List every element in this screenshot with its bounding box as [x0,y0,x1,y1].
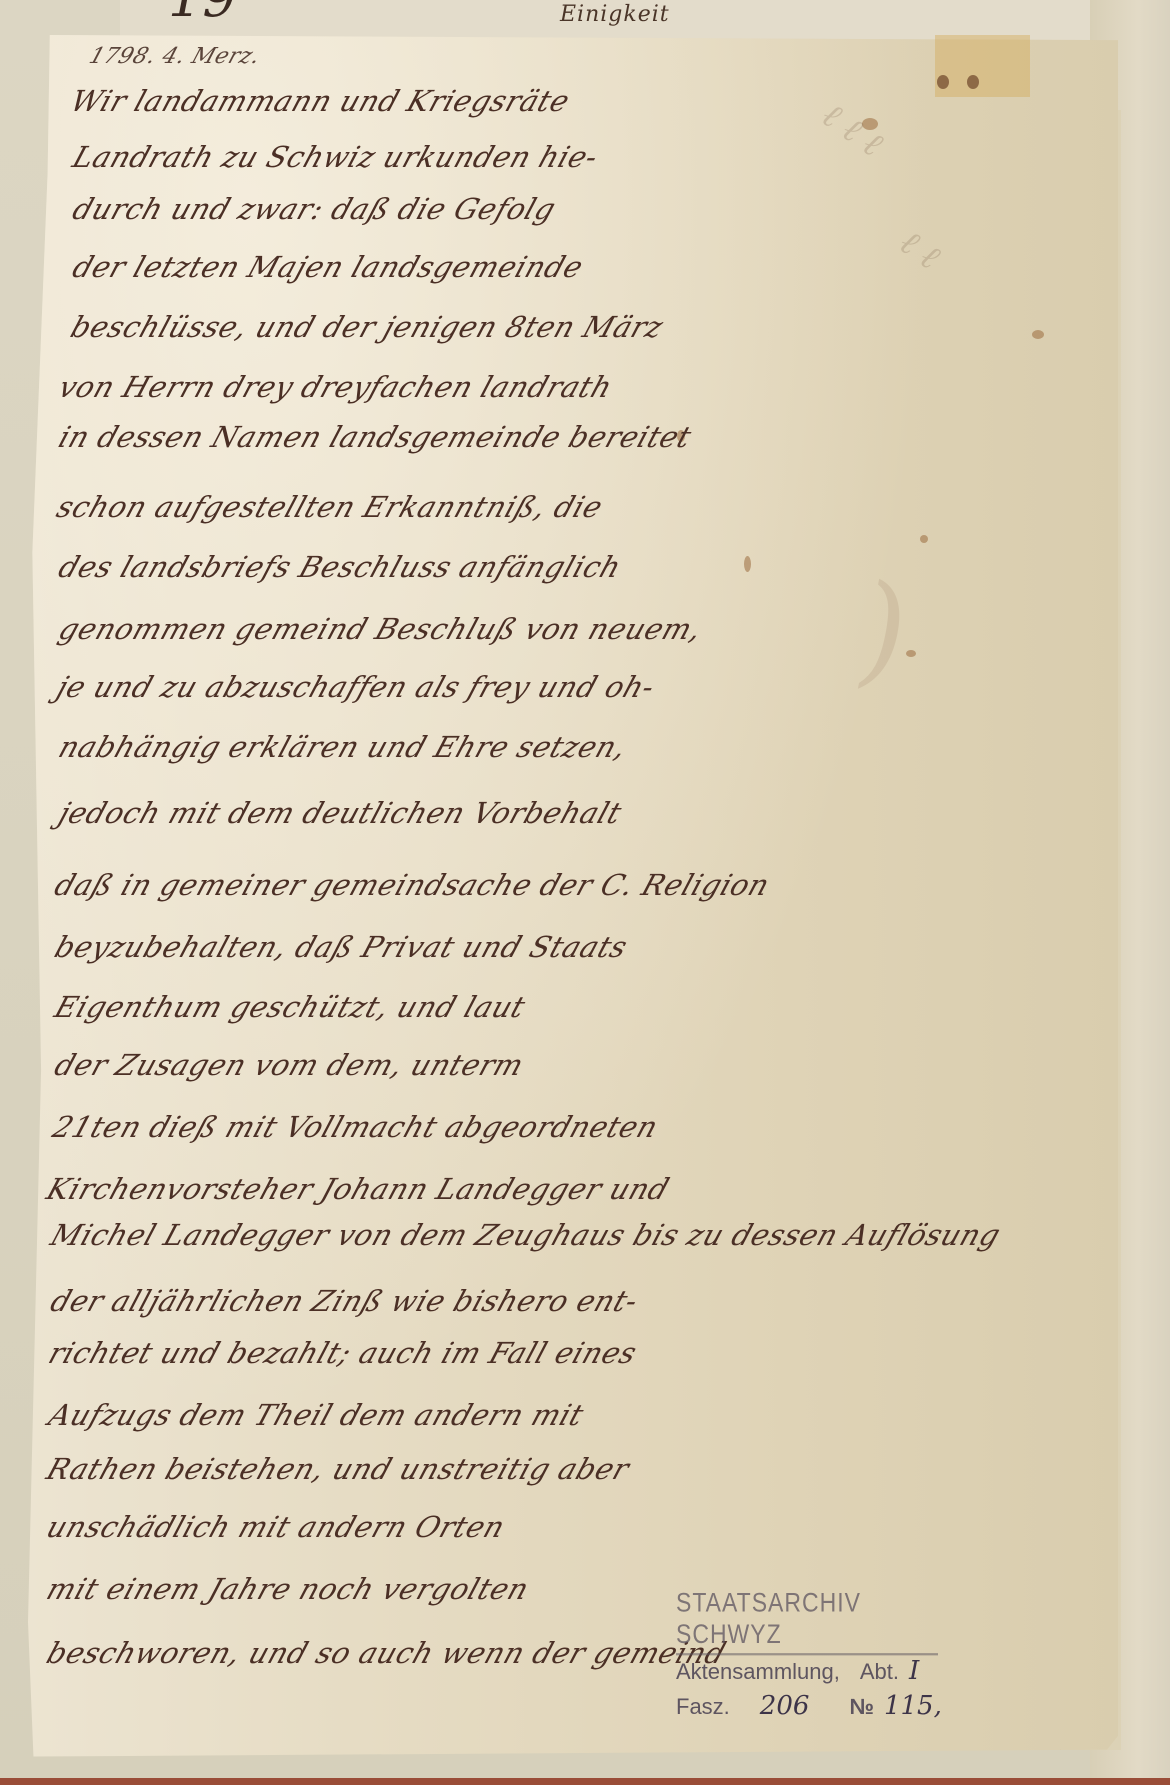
foxing-stain [744,556,751,572]
stamp-archive-name: STAATSARCHIV SCHWYZ [676,1588,938,1656]
manuscript-line: daß in gemeiner gemeindsache der C. Reli… [50,868,774,902]
manuscript-line: nabhängig erklären und Ehre setzen, [54,730,631,764]
stamp-section-label: Abt. [860,1659,899,1685]
manuscript-line: Landrath zu Schwiz urkunden hie- [68,140,602,174]
manuscript-line: des landsbriefs Beschluss anfänglich [54,550,625,584]
manuscript-line: der alljährlichen Zinß wie bishero ent- [46,1284,642,1318]
manuscript-line: Michel Landegger von dem Zeughaus bis zu… [46,1218,1004,1252]
stamp-number-value: 115, [884,1691,942,1721]
stamp-section-value: I [909,1656,919,1686]
manuscript-line: Wir landammann und Kriegsräte [66,84,574,118]
stamp-number-label: № [849,1694,874,1720]
stamp-fascicle-row: Fasz. 206 № 115, [676,1691,996,1721]
manuscript-line: Kirchenvorsteher Johann Landegger und [42,1172,673,1206]
archive-stamp: STAATSARCHIV SCHWYZ Aktensammlung, Abt. … [676,1592,996,1721]
stamp-collection-row: Aktensammlung, Abt. I [676,1656,996,1686]
document-date: 1798. 4. Merz. [86,44,264,69]
ink-bleed-through: ) [860,560,907,699]
stain-dot [967,75,979,89]
manuscript-line: beyzubehalten, daß Privat und Staats [50,930,631,964]
foxing-stain [1032,330,1044,339]
manuscript-line: mit einem Jahre noch vergolten [42,1572,533,1606]
manuscript-line: jedoch mit dem deutlichen Vorbehalt [54,796,626,830]
manuscript-line: durch und zwar: daß die Gefolg [68,192,560,226]
tape-residue [935,35,1030,97]
stamp-fascicle-value: 206 [760,1691,810,1721]
stain-dot [937,75,949,89]
manuscript-line: von Herrn drey dreyfachen landrath [54,370,616,404]
stamp-collection-label: Aktensammlung, [676,1659,840,1685]
manuscript-line: Aufzugs dem Theil dem andern mit [44,1398,588,1432]
manuscript-line: Rathen beistehen, und unstreitig aber [42,1452,633,1486]
foxing-stain [906,650,916,657]
manuscript-line: 21ten dieß mit Vollmacht abgeordneten [48,1110,662,1144]
manuscript-line: je und zu abzuschaffen als frey und oh- [52,670,659,704]
manuscript-line: der Zusagen vom dem, unterm [50,1048,528,1082]
manuscript-line: unschädlich mit andern Orten [42,1510,509,1544]
manuscript-line: der letzten Majen landsgemeinde [68,250,587,284]
foxing-stain [920,535,928,543]
manuscript-line: schon aufgestellten Erkanntniß, die [52,490,607,524]
manuscript-line: richtet und bezahlt; auch im Fall eines [44,1336,641,1370]
manuscript-line: beschlüsse, und der jenigen 8ten März [66,310,667,344]
stamp-fascicle-label: Fasz. [676,1694,730,1720]
background-heading-word: Einigkeit [560,2,670,27]
manuscript-line: beschworen, und so auch wenn der gemeind [42,1636,730,1670]
manuscript-line: genommen gemeind Beschluß von neuem, [54,612,706,646]
manuscript-line: in dessen Namen landsgemeinde bereitet [54,420,695,454]
scan-bottom-edge [0,1778,1170,1785]
manuscript-line: Eigenthum geschützt, und laut [50,990,529,1024]
background-page-number: 19 [168,0,237,29]
